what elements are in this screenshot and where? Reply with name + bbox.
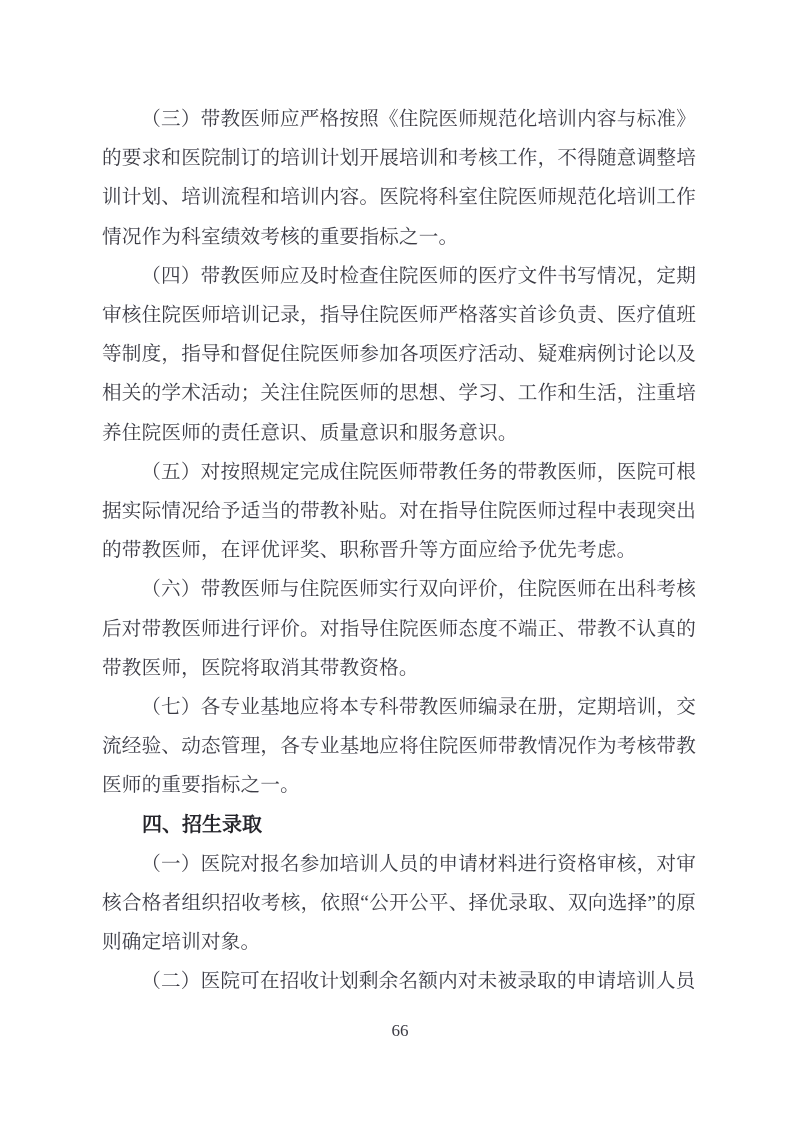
paragraph-item-7: （七）各专业基地应将本专科带教医师编录在册，定期培训，交流经验、动态管理，各专业…	[102, 688, 696, 806]
paragraph-item-5: （五）对按照规定完成住院医师带教任务的带教医师，医院可根据实际情况给予适当的带教…	[102, 453, 696, 571]
document-body: （三）带教医师应严格按照《住院医师规范化培训内容与标准》的要求和医院制订的培训计…	[102, 100, 696, 1002]
paragraph-item-2: （二）医院可在招收计划剩余名额内对未被录取的申请培训人员	[102, 962, 696, 1001]
section-heading-enrollment: 四、招生录取	[102, 806, 696, 845]
document-page: （三）带教医师应严格按照《住院医师规范化培训内容与标准》的要求和医院制订的培训计…	[0, 0, 800, 1129]
page-number: 66	[0, 1018, 800, 1044]
paragraph-item-4: （四）带教医师应及时检查住院医师的医疗文件书写情况，定期审核住院医师培训记录，指…	[102, 257, 696, 453]
paragraph-item-3: （三）带教医师应严格按照《住院医师规范化培训内容与标准》的要求和医院制订的培训计…	[102, 100, 696, 257]
paragraph-item-1: （一）医院对报名参加培训人员的申请材料进行资格审核，对审核合格者组织招收考核，依…	[102, 845, 696, 963]
paragraph-item-6: （六）带教医师与住院医师实行双向评价，住院医师在出科考核后对带教医师进行评价。对…	[102, 570, 696, 688]
